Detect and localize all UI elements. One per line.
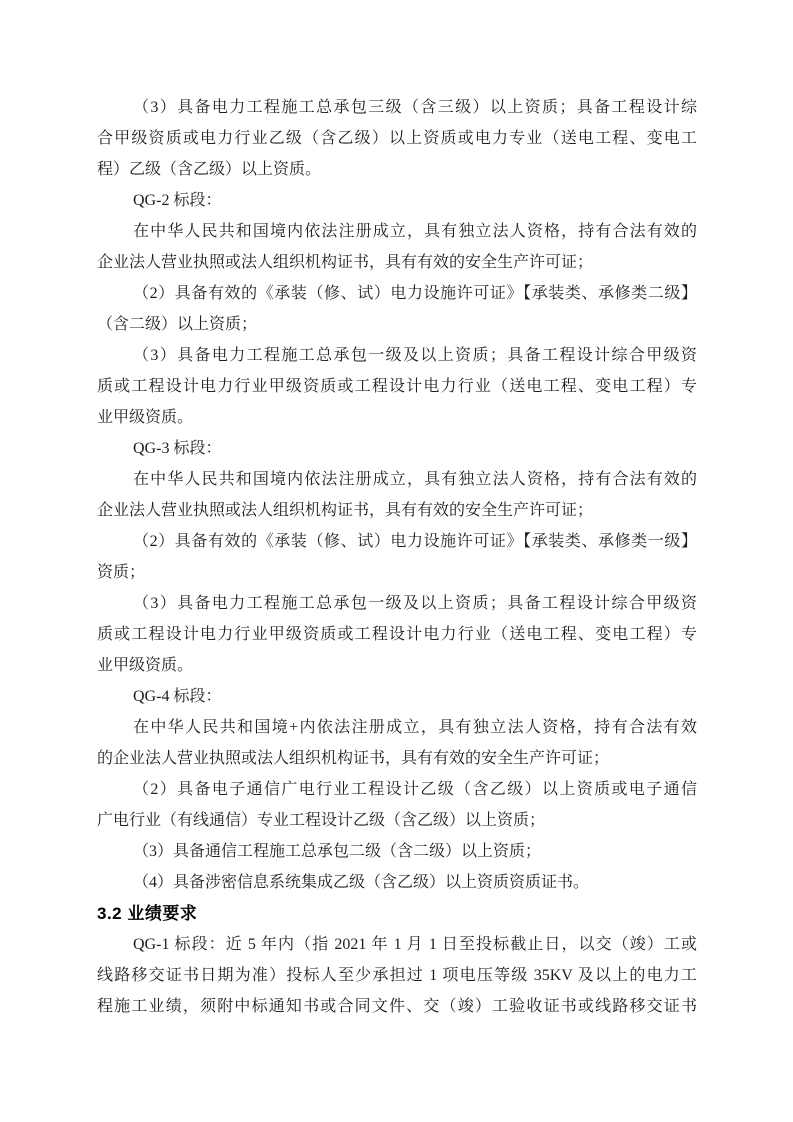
doc-line: 企业法人营业执照或法人组织机构证书，具有有效的安全生产许可证； — [97, 247, 697, 278]
doc-line: 业甲级资质。 — [97, 650, 697, 681]
doc-line: QG-1 标段：近 5 年内（指 2021 年 1 月 1 日至投标截止日，以交… — [97, 929, 697, 960]
doc-line: （2）具备有效的《承装（修、试）电力设施许可证》【承装类、承修类一级】 — [97, 526, 697, 557]
doc-line: 的企业法人营业执照或法人组织机构证书，具有有效的安全生产许可证； — [97, 743, 697, 774]
doc-line: 资质； — [97, 557, 697, 588]
doc-line: 在中华人民共和国境+内依法注册成立，具有独立法人资格，持有合法有效 — [97, 712, 697, 743]
doc-line: 广电行业（有线通信）专业工程设计乙级（含乙级）以上资质； — [97, 805, 697, 836]
doc-line: 程施工业绩，须附中标通知书或合同文件、交（竣）工验收证书或线路移交证书 — [97, 991, 697, 1022]
doc-line: 在中华人民共和国境内依法注册成立，具有独立法人资格，持有合法有效的 — [97, 216, 697, 247]
doc-line: （3）具备通信工程施工总承包二级（含二级）以上资质； — [97, 836, 697, 867]
doc-line: （3）具备电力工程施工总承包一级及以上资质；具备工程设计综合甲级资 — [97, 340, 697, 371]
doc-line: （含二级）以上资质； — [97, 309, 697, 340]
doc-line: （2）具备电子通信广电行业工程设计乙级（含乙级）以上资质或电子通信 — [97, 774, 697, 805]
doc-line: 合甲级资质或电力行业乙级（含乙级）以上资质或电力专业（送电工程、变电工 — [97, 123, 697, 154]
doc-line: QG-2 标段： — [97, 185, 697, 216]
doc-line: （3）具备电力工程施工总承包一级及以上资质；具备工程设计综合甲级资 — [97, 588, 697, 619]
text-block: （3）具备电力工程施工总承包三级（含三级）以上资质；具备工程设计综合甲级资质或电… — [97, 92, 697, 1022]
doc-line: 线路移交证书日期为准）投标人至少承担过 1 项电压等级 35KV 及以上的电力工 — [97, 960, 697, 991]
section-heading: 3.2 业绩要求 — [97, 898, 697, 929]
doc-line: 质或工程设计电力行业甲级资质或工程设计电力行业（送电工程、变电工程）专 — [97, 619, 697, 650]
doc-line: （4）具备涉密信息系统集成乙级（含乙级）以上资质资质证书。 — [97, 867, 697, 898]
doc-line: 业甲级资质。 — [97, 402, 697, 433]
doc-line: QG-4 标段： — [97, 681, 697, 712]
doc-line: 质或工程设计电力行业甲级资质或工程设计电力行业（送电工程、变电工程）专 — [97, 371, 697, 402]
document-page: （3）具备电力工程施工总承包三级（含三级）以上资质；具备工程设计综合甲级资质或电… — [0, 0, 793, 1122]
doc-line: 企业法人营业执照或法人组织机构证书，具有有效的安全生产许可证； — [97, 495, 697, 526]
doc-line: （3）具备电力工程施工总承包三级（含三级）以上资质；具备工程设计综 — [97, 92, 697, 123]
doc-line: （2）具备有效的《承装（修、试）电力设施许可证》【承装类、承修类二级】 — [97, 278, 697, 309]
doc-line: QG-3 标段： — [97, 433, 697, 464]
doc-line: 程）乙级（含乙级）以上资质。 — [97, 154, 697, 185]
doc-line: 在中华人民共和国境内依法注册成立，具有独立法人资格，持有合法有效的 — [97, 464, 697, 495]
